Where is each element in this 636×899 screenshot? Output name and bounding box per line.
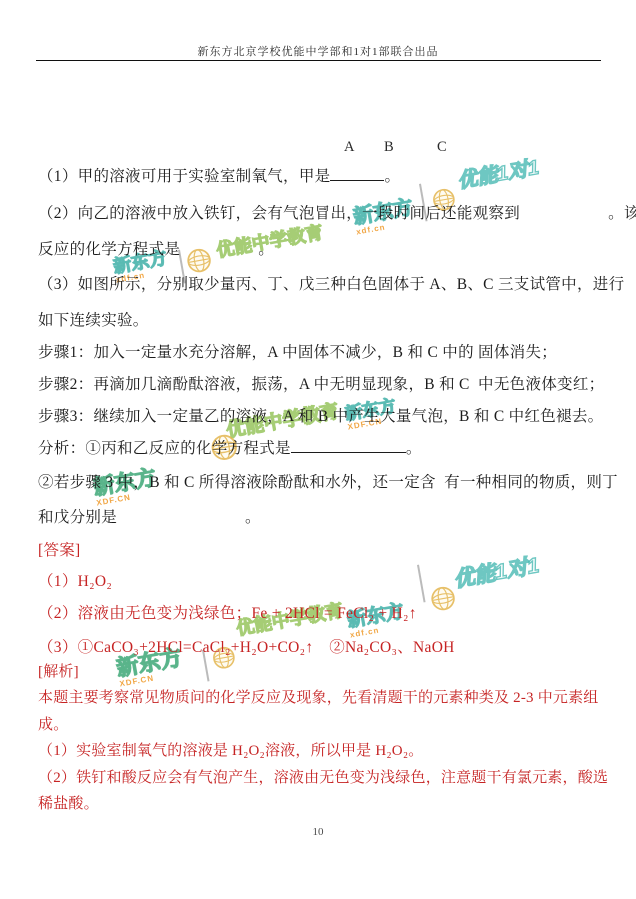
document-page: 新东方 xdf.cn 优能1对1 新东方 xdf.cn 优能中学教育 新东方 X…	[0, 0, 636, 899]
analysis-1: 分析：①丙和乙反应的化学方程式是。	[38, 438, 422, 460]
answer-blank	[330, 166, 384, 181]
question-2-line1: （2）向乙的溶液中放入铁钉，会有气泡冒出，一段时间后还能观察到。该	[38, 203, 636, 225]
header-divider	[36, 60, 601, 61]
page-header: 新东方北京学校优能中学部和1对1部联合出品	[0, 43, 636, 59]
step-3: 步骤3：继续加入一定量乙的溶液，A 和 B 中产生大量气泡，B 和 C 中红色褪…	[38, 406, 603, 428]
watermark-separator	[417, 565, 425, 603]
question-3-line1: （3）如图所示，分别取少量丙、丁、戊三种白色固体于 A、B、C 三支试管中，进行	[38, 274, 624, 296]
analysis-2-line2: 和戊分别是。	[38, 507, 261, 529]
question-1-period: 。	[384, 168, 400, 185]
explanation-answer1: （1）实验室制氧气的溶液是 H₂O₂溶液，所以甲是 H₂O₂。	[38, 740, 423, 762]
question-1: （1）甲的溶液可用于实验室制氧气，甲是。	[38, 166, 400, 188]
analysis-1-text: 分析：①丙和乙反应的化学方程式是	[38, 440, 291, 457]
question-3-line2: 如下连续实验。	[38, 310, 149, 332]
answer-2: （2）溶液由无色变为浅绿色；Fe + 2HCl = FeCl₂ + H₂↑	[38, 603, 417, 625]
analysis-2-period: 。	[245, 509, 261, 526]
answer-blank	[520, 204, 608, 218]
answer-blank	[180, 240, 258, 254]
tube-label-c: C	[437, 139, 447, 156]
youneng-1on1-logo-text: 优能1对1	[456, 158, 540, 192]
globe-icon	[428, 583, 458, 613]
explanation-line1: 本题主要考察常见物质问的化学反应及现象，先看清题干的元素种类及 2-3 中元素组	[38, 687, 599, 709]
explanation-section-label: [解析]	[38, 661, 79, 683]
tube-label-a: A	[344, 139, 354, 156]
step-2: 步骤2：再滴加几滴酚酞溶液，振荡，A 中无明显现象，B 和 C 中无色液体变红；	[38, 374, 604, 396]
question-2-tail: 。该	[608, 205, 636, 222]
answer-1: （1）H₂O₂	[38, 571, 112, 593]
analysis-2-text: 和戊分别是	[38, 509, 117, 526]
question-1-text: （1）甲的溶液可用于实验室制氧气，甲是	[38, 168, 330, 185]
question-2-text: （2）向乙的溶液中放入铁钉，会有气泡冒出，一段时间后还能观察到	[38, 205, 520, 222]
explanation-answer2-line2: 稀盐酸。	[38, 793, 99, 815]
page-number: 10	[0, 826, 636, 838]
question-2-equation-label: 反应的化学方程式是	[38, 241, 180, 258]
explanation-answer2-line1: （2）铁钉和酸反应会有气泡产生，溶液由无色变为浅绿色，注意题干有氯元素，酸选	[38, 767, 608, 789]
xdf-url-text: XDF.CN	[119, 669, 185, 688]
answer-3: （3）①CaCO₃+2HCl=CaCl₂+H₂O+CO₂↑ ②Na₂CO₃、Na…	[38, 637, 455, 659]
explanation-line2: 成。	[38, 714, 68, 736]
answer-blank	[291, 438, 406, 453]
analysis-2-line1: ②若步骤 3 中，B 和 C 所得溶液除酚酞和水外，还一定含 有一种相同的物质，…	[38, 472, 618, 494]
question-2-period: 。	[258, 241, 274, 258]
analysis-1-period: 。	[406, 440, 422, 457]
answer-blank	[117, 508, 245, 522]
step-1: 步骤1：加入一定量水充分溶解，A 中固体不减少，B 和 C 中的 固体消失；	[38, 342, 557, 364]
youneng-1on1-logo-text: 优能1对1	[452, 555, 541, 591]
answer-section-label: [答案]	[38, 540, 81, 562]
tube-label-b: B	[384, 139, 394, 156]
test-tube-labels: A B C	[0, 139, 636, 157]
question-2-line2: 反应的化学方程式是。	[38, 239, 274, 261]
